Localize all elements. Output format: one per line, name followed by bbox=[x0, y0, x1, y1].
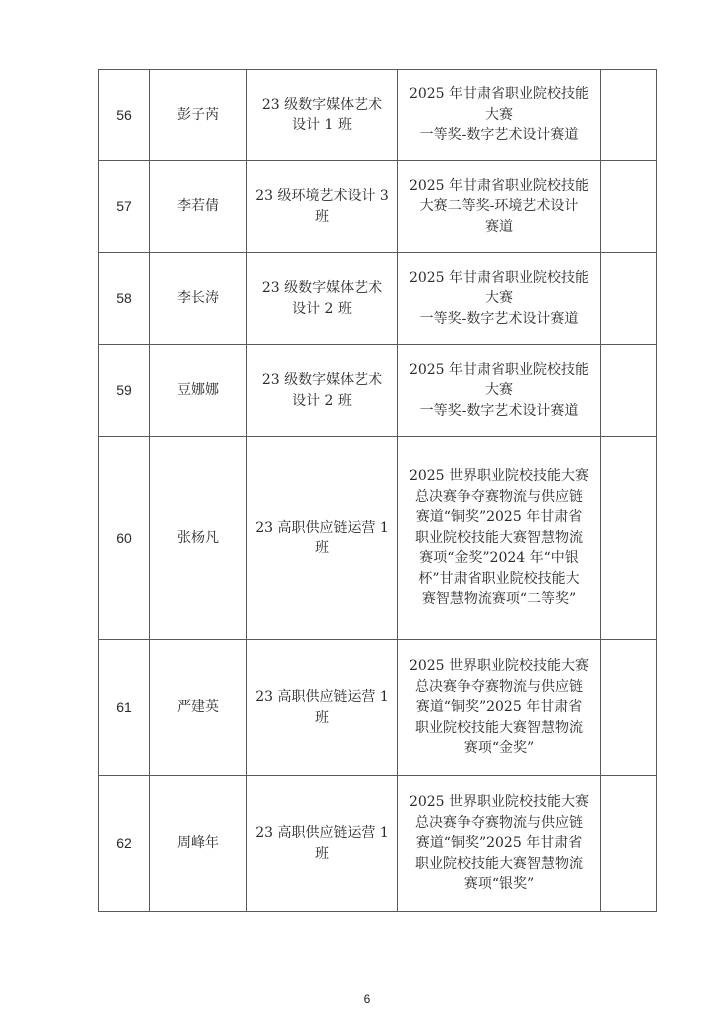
award-line: 2025 年甘肃省职业院校技能 bbox=[402, 360, 596, 381]
student-name-cell: 李若倩 bbox=[150, 161, 247, 253]
class-line: 23 高职供应链运营 1 bbox=[251, 823, 393, 844]
class-line: 设计 1 班 bbox=[251, 115, 393, 136]
note-cell bbox=[601, 253, 657, 345]
table-row: 58 李长涛 23 级数字媒体艺术 设计 2 班 2025 年甘肃省职业院校技能… bbox=[99, 253, 657, 345]
table-row: 59 豆娜娜 23 级数字媒体艺术 设计 2 班 2025 年甘肃省职业院校技能… bbox=[99, 345, 657, 437]
class-cell: 23 级数字媒体艺术 设计 2 班 bbox=[247, 345, 398, 437]
award-line: 赛道 bbox=[402, 217, 596, 238]
class-line: 23 高职供应链运营 1 bbox=[251, 687, 393, 708]
award-line: 大赛 bbox=[402, 105, 596, 126]
award-line: 杯”甘肃省职业院校技能大 bbox=[402, 569, 596, 590]
award-line: 2025 年甘肃省职业院校技能 bbox=[402, 84, 596, 105]
note-cell bbox=[601, 345, 657, 437]
note-cell bbox=[601, 437, 657, 640]
class-cell: 23 级数字媒体艺术 设计 1 班 bbox=[247, 70, 398, 161]
class-cell: 23 高职供应链运营 1 班 bbox=[247, 776, 398, 912]
award-cell: 2025 年甘肃省职业院校技能 大赛 一等奖-数字艺术设计赛道 bbox=[398, 345, 601, 437]
table-row: 60 张杨凡 23 高职供应链运营 1 班 2025 世界职业院校技能大赛 总决… bbox=[99, 437, 657, 640]
award-line: 职业院校技能大赛智慧物流 bbox=[402, 718, 596, 739]
class-cell: 23 级环境艺术设计 3 班 bbox=[247, 161, 398, 253]
row-number-cell: 57 bbox=[99, 161, 150, 253]
student-name-cell: 豆娜娜 bbox=[150, 345, 247, 437]
award-line: 职业院校技能大赛智慧物流 bbox=[402, 528, 596, 549]
class-line: 班 bbox=[251, 207, 393, 228]
award-line: 总决赛争夺赛物流与供应链 bbox=[402, 677, 596, 698]
award-line: 赛智慧物流赛项“二等奖” bbox=[402, 589, 596, 610]
row-number-cell: 61 bbox=[99, 640, 150, 776]
award-line: 2025 世界职业院校技能大赛 bbox=[402, 466, 596, 487]
class-cell: 23 高职供应链运营 1 班 bbox=[247, 437, 398, 640]
row-number-cell: 62 bbox=[99, 776, 150, 912]
class-line: 23 高职供应链运营 1 bbox=[251, 518, 393, 539]
page-number: 6 bbox=[360, 992, 374, 1006]
award-line: 赛道“铜奖”2025 年甘肃省 bbox=[402, 833, 596, 854]
student-name-cell: 周峰年 bbox=[150, 776, 247, 912]
class-line: 班 bbox=[251, 538, 393, 559]
table-row: 56 彭子芮 23 级数字媒体艺术 设计 1 班 2025 年甘肃省职业院校技能… bbox=[99, 70, 657, 161]
row-number-cell: 60 bbox=[99, 437, 150, 640]
student-name-cell: 李长涛 bbox=[150, 253, 247, 345]
class-line: 23 级数字媒体艺术 bbox=[251, 95, 393, 116]
row-number-cell: 56 bbox=[99, 70, 150, 161]
class-line: 23 级数字媒体艺术 bbox=[251, 370, 393, 391]
class-line: 班 bbox=[251, 708, 393, 729]
award-cell: 2025 世界职业院校技能大赛 总决赛争夺赛物流与供应链 赛道“铜奖”2025 … bbox=[398, 640, 601, 776]
class-cell: 23 高职供应链运营 1 班 bbox=[247, 640, 398, 776]
award-line: 2025 年甘肃省职业院校技能 bbox=[402, 176, 596, 197]
note-cell bbox=[601, 161, 657, 253]
note-cell bbox=[601, 640, 657, 776]
class-line: 班 bbox=[251, 844, 393, 865]
award-line: 大赛二等奖-环境艺术设计 bbox=[402, 196, 596, 217]
student-name-cell: 严建英 bbox=[150, 640, 247, 776]
award-cell: 2025 世界职业院校技能大赛 总决赛争夺赛物流与供应链 赛道“铜奖”2025 … bbox=[398, 776, 601, 912]
award-line: 一等奖-数字艺术设计赛道 bbox=[402, 309, 596, 330]
student-name-cell: 张杨凡 bbox=[150, 437, 247, 640]
note-cell bbox=[601, 70, 657, 161]
award-line: 赛项“金奖” bbox=[402, 738, 596, 759]
class-line: 设计 2 班 bbox=[251, 299, 393, 320]
table-row: 62 周峰年 23 高职供应链运营 1 班 2025 世界职业院校技能大赛 总决… bbox=[99, 776, 657, 912]
award-line: 一等奖-数字艺术设计赛道 bbox=[402, 125, 596, 146]
award-line: 总决赛争夺赛物流与供应链 bbox=[402, 813, 596, 834]
document-page: 56 彭子芮 23 级数字媒体艺术 设计 1 班 2025 年甘肃省职业院校技能… bbox=[0, 0, 719, 1010]
class-cell: 23 级数字媒体艺术 设计 2 班 bbox=[247, 253, 398, 345]
award-line: 总决赛争夺赛物流与供应链 bbox=[402, 487, 596, 508]
award-line: 大赛 bbox=[402, 380, 596, 401]
award-line: 赛项“银奖” bbox=[402, 874, 596, 895]
class-line: 23 级环境艺术设计 3 bbox=[251, 186, 393, 207]
award-line: 2025 世界职业院校技能大赛 bbox=[402, 792, 596, 813]
award-students-table: 56 彭子芮 23 级数字媒体艺术 设计 1 班 2025 年甘肃省职业院校技能… bbox=[98, 69, 657, 912]
class-line: 23 级数字媒体艺术 bbox=[251, 278, 393, 299]
award-line: 2025 世界职业院校技能大赛 bbox=[402, 656, 596, 677]
row-number-cell: 59 bbox=[99, 345, 150, 437]
award-line: 大赛 bbox=[402, 288, 596, 309]
table-row: 61 严建英 23 高职供应链运营 1 班 2025 世界职业院校技能大赛 总决… bbox=[99, 640, 657, 776]
award-cell: 2025 年甘肃省职业院校技能 大赛 一等奖-数字艺术设计赛道 bbox=[398, 70, 601, 161]
award-line: 职业院校技能大赛智慧物流 bbox=[402, 854, 596, 875]
class-line: 设计 2 班 bbox=[251, 391, 393, 412]
award-line: 2025 年甘肃省职业院校技能 bbox=[402, 268, 596, 289]
row-number-cell: 58 bbox=[99, 253, 150, 345]
note-cell bbox=[601, 776, 657, 912]
table-row: 57 李若倩 23 级环境艺术设计 3 班 2025 年甘肃省职业院校技能 大赛… bbox=[99, 161, 657, 253]
award-cell: 2025 世界职业院校技能大赛 总决赛争夺赛物流与供应链 赛道“铜奖”2025 … bbox=[398, 437, 601, 640]
award-line: 赛道“铜奖”2025 年甘肃省 bbox=[402, 507, 596, 528]
award-cell: 2025 年甘肃省职业院校技能 大赛 一等奖-数字艺术设计赛道 bbox=[398, 253, 601, 345]
student-name-cell: 彭子芮 bbox=[150, 70, 247, 161]
award-cell: 2025 年甘肃省职业院校技能 大赛二等奖-环境艺术设计 赛道 bbox=[398, 161, 601, 253]
award-line: 赛项“金奖”2024 年“中银 bbox=[402, 548, 596, 569]
award-line: 一等奖-数字艺术设计赛道 bbox=[402, 401, 596, 422]
award-line: 赛道“铜奖”2025 年甘肃省 bbox=[402, 697, 596, 718]
table-body: 56 彭子芮 23 级数字媒体艺术 设计 1 班 2025 年甘肃省职业院校技能… bbox=[99, 70, 657, 912]
